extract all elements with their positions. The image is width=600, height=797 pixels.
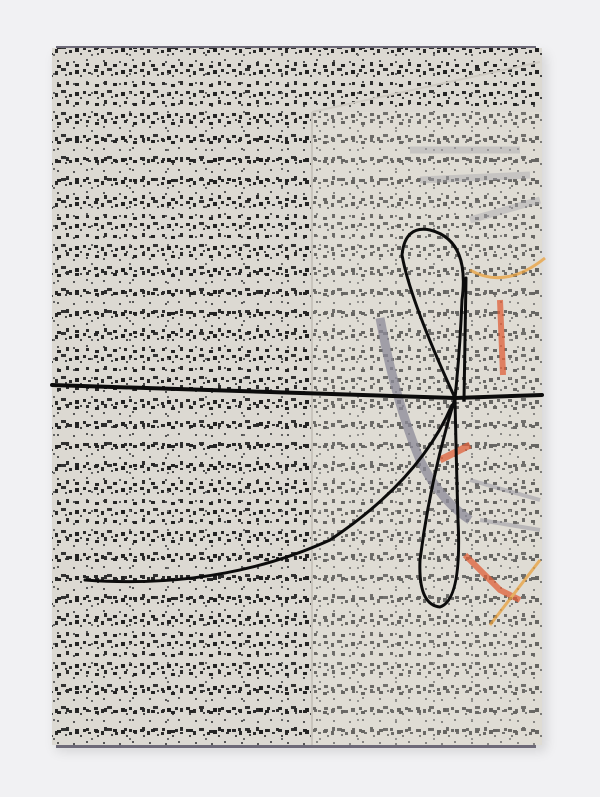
folio-flap — [312, 62, 542, 745]
photo-stage — [0, 0, 600, 797]
folio-artwork — [0, 0, 600, 797]
